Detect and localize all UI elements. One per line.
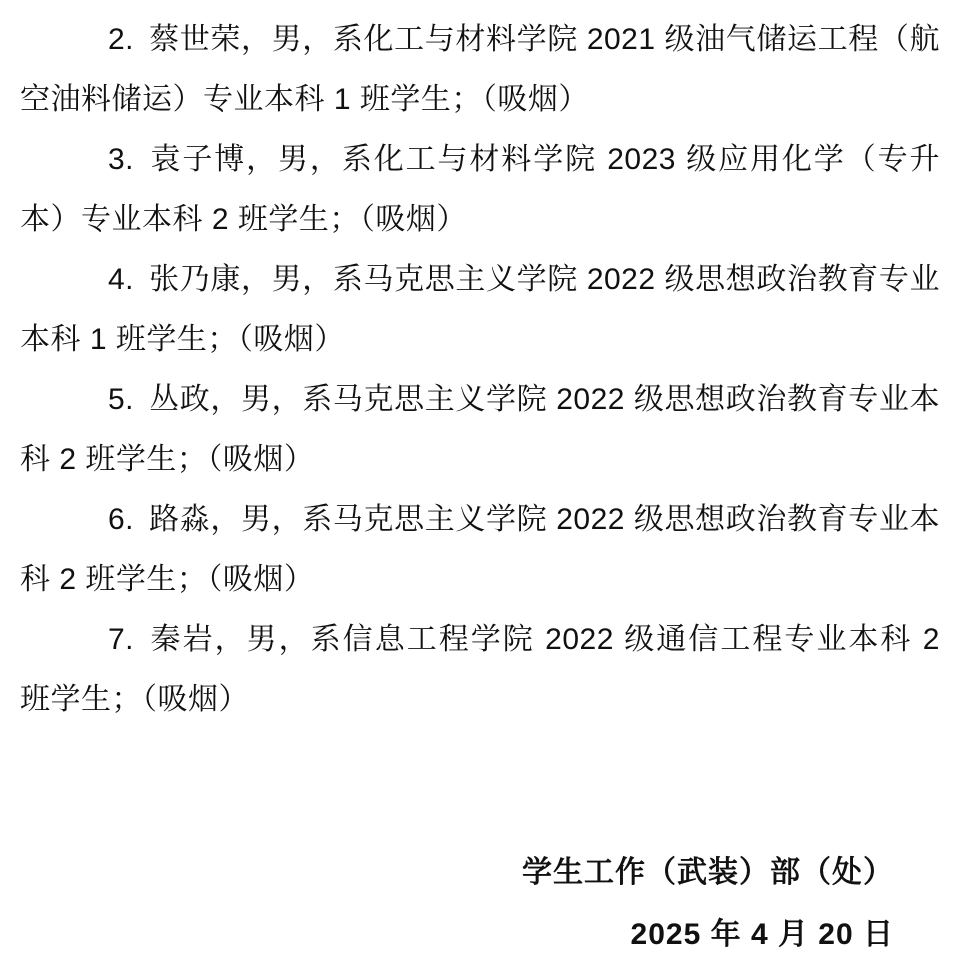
- list-item-text: 袁子博，男，系化工与材料学院 2023 级应用化学（专升本）专业本科 2 班学生…: [20, 143, 940, 236]
- list-item: 5.丛政，男，系马克思主义学院 2022 级思想政治教育专业本科 2 班学生；（…: [20, 370, 940, 490]
- list-item: 3.袁子博，男，系化工与材料学院 2023 级应用化学（专升本）专业本科 2 班…: [20, 130, 940, 250]
- list-item-number: 7.: [108, 623, 134, 656]
- list-item-text: 秦岩，男，系信息工程学院 2022 级通信工程专业本科 2 班学生；（吸烟）: [20, 623, 940, 716]
- list-item-text: 路淼，男，系马克思主义学院 2022 级思想政治教育专业本科 2 班学生；（吸烟…: [20, 503, 940, 596]
- list-item-number: 5.: [108, 383, 134, 416]
- list-item-text: 蔡世荣，男，系化工与材料学院 2021 级油气储运工程（航空油料储运）专业本科 …: [20, 23, 940, 116]
- signature-block: 学生工作（武装）部（处） 2025 年 4 月 20 日: [0, 842, 960, 966]
- document-page: 2.蔡世荣，男，系化工与材料学院 2021 级油气储运工程（航空油料储运）专业本…: [0, 0, 960, 974]
- list-item: 4.张乃康，男，系马克思主义学院 2022 级思想政治教育专业本科 1 班学生；…: [20, 250, 940, 370]
- list-item-number: 3.: [108, 143, 134, 176]
- list-item-number: 2.: [108, 23, 134, 56]
- list-item: 7.秦岩，男，系信息工程学院 2022 级通信工程专业本科 2 班学生；（吸烟）: [20, 610, 940, 730]
- list-item-number: 4.: [108, 263, 134, 296]
- list-item-text: 张乃康，男，系马克思主义学院 2022 级思想政治教育专业本科 1 班学生；（吸…: [20, 263, 940, 356]
- list-item: 6.路淼，男，系马克思主义学院 2022 级思想政治教育专业本科 2 班学生；（…: [20, 490, 940, 610]
- list-item-text: 丛政，男，系马克思主义学院 2022 级思想政治教育专业本科 2 班学生；（吸烟…: [20, 383, 940, 476]
- student-list: 2.蔡世荣，男，系化工与材料学院 2021 级油气储运工程（航空油料储运）专业本…: [0, 0, 960, 730]
- signature-date: 2025 年 4 月 20 日: [0, 904, 894, 966]
- blank-space: [0, 730, 960, 842]
- list-item: 2.蔡世荣，男，系化工与材料学院 2021 级油气储运工程（航空油料储运）专业本…: [20, 10, 940, 130]
- list-item-number: 6.: [108, 503, 134, 536]
- signature-department: 学生工作（武装）部（处）: [0, 842, 894, 904]
